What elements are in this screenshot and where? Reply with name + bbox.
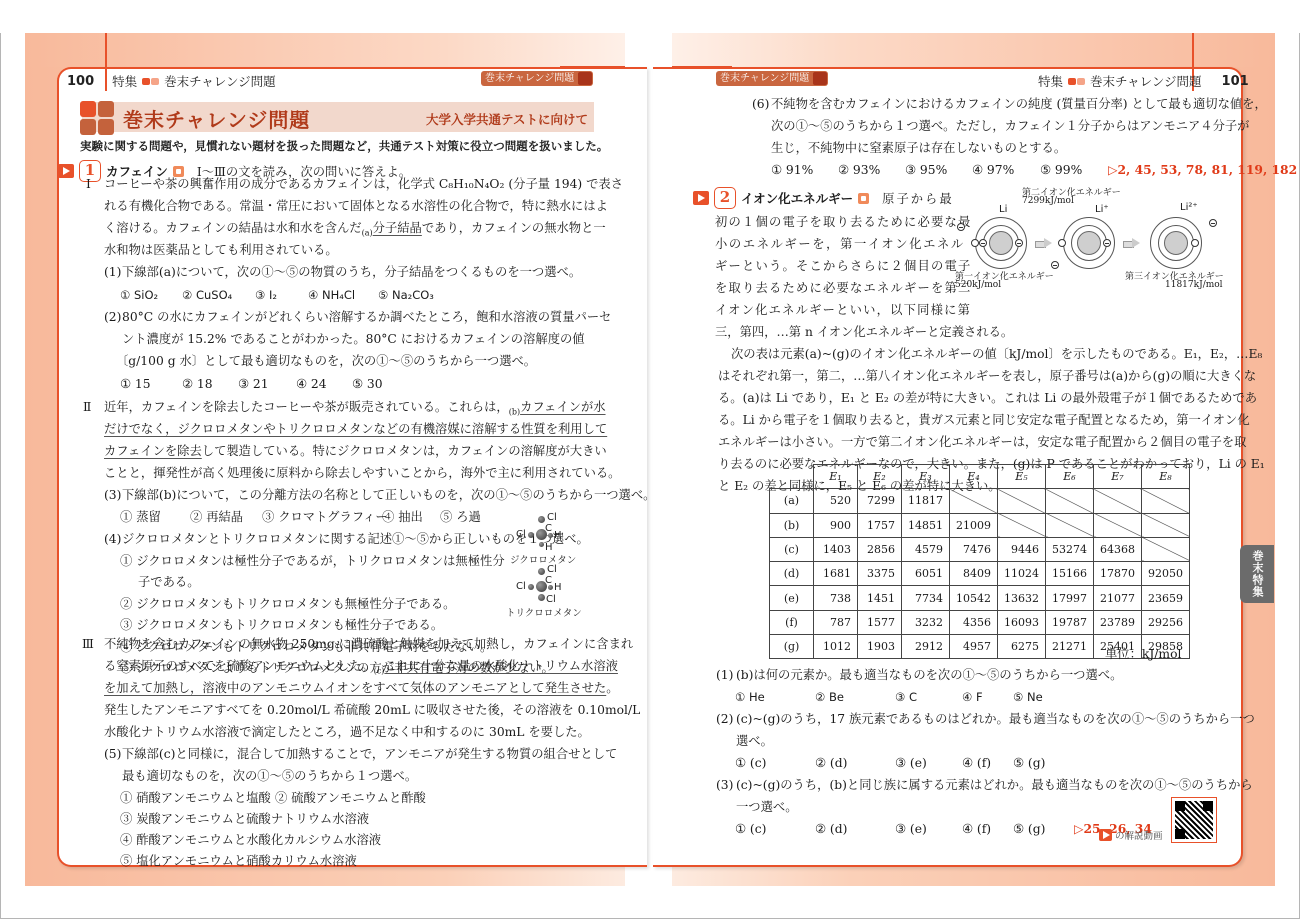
page-number: 101 — [1222, 74, 1249, 89]
choice[interactable]: ③ 21 — [238, 373, 269, 395]
choice-continuation: 子である。 — [138, 571, 200, 593]
atom-icon — [548, 585, 553, 590]
electron-icon — [1051, 261, 1059, 269]
atom-icon — [538, 594, 545, 601]
choice[interactable]: ② 18 — [182, 373, 213, 395]
paragraph-line: はそれぞれ第一，第二，…第八イオン化エネルギーを表し，原子番号は(a)から(g)… — [718, 365, 1256, 387]
choice[interactable]: ② Be — [815, 686, 844, 708]
electron-icon — [1015, 239, 1023, 247]
empty-cell — [1094, 513, 1142, 537]
running-head-title: 巻末チャレンジ問題 — [164, 72, 276, 90]
choice[interactable]: ③ C — [895, 686, 917, 708]
intro-line: 三，第四，…第 n イオン化エネルギーと定義される。 — [715, 321, 1013, 343]
empty-cell — [1046, 513, 1094, 537]
column-header: E₄ — [950, 465, 998, 489]
subq-label: (6) — [752, 93, 769, 115]
atom-icon — [528, 584, 534, 590]
table-cell: 17997 — [1046, 586, 1094, 610]
subq-text: 生じ，不純物中に窒素原子は存在しないものとする。 — [771, 137, 1066, 159]
choice[interactable]: ③ (e) — [895, 818, 927, 840]
line-text: 近年，カフェインを除去したコーヒーや茶が販売されている。これらは， — [104, 400, 509, 414]
video-play-icon — [1099, 829, 1112, 841]
paragraph-line: れる有機化合物である。常温・常圧において固体となる水溶性の化合物で，特に熱水には… — [104, 195, 608, 217]
choice[interactable]: ① ジクロロメタンは極性分子であるが，トリクロロメタンは無極性分 — [120, 550, 505, 572]
intro-line: 原子から最 — [882, 189, 954, 207]
top-margin — [0, 0, 1300, 33]
table-cell: 23789 — [1094, 610, 1142, 634]
row-header: (c) — [770, 537, 814, 561]
q2-header: 2 イオン化エネルギー 原子から最 — [693, 187, 954, 209]
row-header: (a) — [770, 489, 814, 513]
electron-icon — [1209, 219, 1217, 227]
underline-marker: (b) — [509, 407, 520, 416]
page-title: 巻末チャレンジ問題 — [123, 104, 310, 133]
subq-label: (5) — [104, 743, 121, 765]
choice[interactable]: ③ (e) — [895, 752, 927, 774]
table-cell: 23659 — [1142, 586, 1190, 610]
column-header: E₅ — [998, 465, 1046, 489]
tag-square-icon — [813, 72, 827, 85]
table-cell: 17870 — [1094, 562, 1142, 586]
choice[interactable]: ③ 95% — [905, 159, 947, 181]
atom-icon — [538, 568, 545, 575]
paragraph-line: 水和物は医薬品としても利用されている。 — [104, 239, 338, 261]
table-cell: 3232 — [902, 610, 950, 634]
nucleus-icon — [989, 231, 1013, 255]
atom-label: Cl — [516, 529, 526, 540]
atom-label: Cl — [516, 581, 526, 592]
intro-line: 初の１個の電子を取り去るために必要な最 — [715, 211, 971, 233]
running-head-section: 特集 — [112, 72, 137, 90]
right-running-head: 特集 巻末チャレンジ問題 101 — [1038, 72, 1249, 90]
diagram-value: 520kJ/mol — [955, 280, 1001, 290]
underlined-text: 分子結晶 — [373, 221, 422, 235]
table-cell: 53274 — [1046, 537, 1094, 561]
atom-label: H — [554, 530, 562, 541]
reference-links[interactable]: ▷2, 45, 53, 78, 81, 119, 182 — [1108, 159, 1297, 181]
chapter-tag: 巻末チャレンジ問題 — [716, 71, 828, 86]
right-top-band — [672, 33, 1275, 67]
column-header: E₇ — [1094, 465, 1142, 489]
table-cell: 1903 — [858, 635, 902, 659]
choice[interactable]: ① (c) — [735, 752, 766, 774]
line-text: して製造している。特にジクロロメタンは，カフェインの溶解度が大きい — [202, 444, 607, 458]
paragraph-line: エネルギーは小さい。一方で第二イオン化エネルギーは，安定な電子配置から２個目の電… — [718, 431, 1246, 453]
table-cell: 738 — [814, 586, 858, 610]
part-label: Ⅰ — [86, 173, 91, 195]
table-cell: 7299 — [858, 489, 902, 513]
choice[interactable]: ② (d) — [815, 752, 847, 774]
table-header-row: E₁ E₂ E₃ E₄ E₅ E₆ E₇ E₈ — [770, 465, 1190, 489]
choice[interactable]: ⑤ 30 — [352, 373, 383, 395]
diagram-value: 7299kJ/mol — [1022, 196, 1074, 206]
table-cell: 6275 — [998, 635, 1046, 659]
row-header: (d) — [770, 562, 814, 586]
question-title: イオン化エネルギー — [741, 189, 853, 207]
empty-cell — [1094, 489, 1142, 513]
atom-icon — [539, 542, 544, 547]
table-cell: 4579 — [902, 537, 950, 561]
subq-label: (1) — [104, 261, 121, 283]
choice[interactable]: ⑤ Ne — [1013, 686, 1043, 708]
video-explanation-note: の解説動画 — [1099, 828, 1163, 842]
trichloromethane-model: Cl C Cl H Cl トリクロロメタン — [506, 564, 586, 624]
qr-code[interactable] — [1171, 797, 1217, 843]
table-cell: 21077 — [1094, 586, 1142, 610]
table-cell: 19787 — [1046, 610, 1094, 634]
atom-label: Cl — [546, 594, 556, 605]
subq-label: (4) — [104, 528, 121, 550]
table-cell: 520 — [814, 489, 858, 513]
paragraph-line: 次の表は元素(a)~(g)のイオン化エネルギーの値〔kJ/mol〕を示したもので… — [731, 343, 1262, 365]
intro-line: ギーという。そこからさらに２個目の電子 — [715, 255, 971, 277]
empty-cell — [950, 489, 998, 513]
difficulty-icon — [858, 193, 869, 204]
table-unit: 単位：kJ/mol — [1105, 643, 1181, 665]
part-label: Ⅲ — [82, 633, 94, 655]
column-header: E₁ — [814, 465, 858, 489]
empty-cell — [998, 489, 1046, 513]
atom-label: Li — [999, 204, 1007, 215]
subq-text: 〔g/100 g 水〕として最も適切なものを，次の①～⑤のうちから一つ選べ。 — [116, 350, 536, 372]
table-cell: 92050 — [1142, 562, 1190, 586]
atom-icon — [536, 581, 547, 592]
empty-cell — [1142, 537, 1190, 561]
choice[interactable]: ③ 炭酸アンモニウムと硫酸ナトリウム水溶液 — [120, 808, 369, 830]
table-cell: 2856 — [858, 537, 902, 561]
choice[interactable]: ⑤ (g) — [1013, 752, 1045, 774]
video-note-label: の解説動画 — [1115, 828, 1163, 842]
atom-icon — [548, 533, 553, 538]
paragraph-line: ことと，揮発性が高く処理後に原料から除去しやすいことから，海外で主に利用されてい… — [104, 462, 620, 484]
row-header: (g) — [770, 635, 814, 659]
choice[interactable]: ④ 抽出 — [382, 506, 423, 528]
electron-icon — [971, 239, 979, 247]
subq-text: (c)~(g)のうち，(b)と同じ族に属する元素はどれか。最も適当なものを次の①… — [736, 774, 1253, 796]
nucleus-icon — [1164, 231, 1188, 255]
table-cell: 9446 — [998, 537, 1046, 561]
paragraph-line: 発生したアンモニアすべてを 0.20mol/L 希硫酸 20mL に吸収させた後… — [104, 699, 640, 721]
line-text: く溶ける。カフェインの結晶は水和水を含んだ — [104, 221, 362, 235]
table-cell: 900 — [814, 513, 858, 537]
choice[interactable]: ① 蒸留 — [120, 506, 161, 528]
paragraph-line: カフェインを除去して製造している。特にジクロロメタンは，カフェインの溶解度が大き… — [104, 440, 607, 462]
subq-text: 一つ選べ。 — [736, 796, 798, 818]
row-header: (f) — [770, 610, 814, 634]
choice[interactable]: ② ジクロロメタンもトリクロロメタンも無極性分子である。 — [120, 593, 455, 615]
line-text: る窒素原子のすべてを硫酸アンモニウムとした。 — [104, 659, 374, 673]
ionization-diagram: 第二イオン化エネルギー 7299kJ/mol Li Li⁺ Li²⁺ 第一イオン… — [955, 185, 1225, 293]
choice[interactable]: ② 93% — [838, 159, 880, 181]
empty-cell — [1046, 489, 1094, 513]
table-cell: 16093 — [998, 610, 1046, 634]
table-row: (b) 900 1757 14851 21009 — [770, 513, 1190, 537]
table-cell: 64368 — [1094, 537, 1142, 561]
arrow-right-icon — [1035, 238, 1053, 248]
subq-label: (2) — [716, 708, 733, 730]
table-cell: 15166 — [1046, 562, 1094, 586]
column-header: E₆ — [1046, 465, 1094, 489]
choice[interactable]: ② (d) — [815, 818, 847, 840]
choice[interactable]: ④ F — [962, 686, 983, 708]
side-index-tab[interactable]: 巻末特集 — [1240, 545, 1274, 603]
molecule-name: トリクロロメタン — [506, 605, 582, 619]
subq-text: 下線部(b)について，この分離方法の名称として正しいものを，次の①～⑤のうちから… — [122, 484, 655, 506]
table-cell: 4957 — [950, 635, 998, 659]
choice[interactable]: ④ (f) — [962, 752, 991, 774]
question-number: 2 — [714, 187, 736, 209]
column-header: E₂ — [858, 465, 902, 489]
dots-icon — [1068, 78, 1085, 85]
table-cell: 1681 — [814, 562, 858, 586]
table-cell: 1451 — [858, 586, 902, 610]
choice[interactable]: ③ クロマトグラフィー — [262, 506, 388, 528]
subq-text: (b)は何の元素か。最も適当なものを次の①～⑤のうちから一つ選べ。 — [736, 664, 1122, 686]
intro-line: を取り去るために必要なエネルギーを第二 — [715, 277, 971, 299]
electron-icon — [1191, 239, 1199, 247]
row-header: (b) — [770, 513, 814, 537]
choice[interactable]: ① He — [735, 686, 765, 708]
table-cell: 21009 — [950, 513, 998, 537]
choice[interactable]: ⑤ 99% — [1040, 159, 1082, 181]
table-row: (a) 520 7299 11817 — [770, 489, 1190, 513]
choice[interactable]: ④ (f) — [962, 818, 991, 840]
subq-label: (1) — [716, 664, 733, 686]
table-cell: 1403 — [814, 537, 858, 561]
left-top-band — [25, 33, 625, 67]
table-cell: 21271 — [1046, 635, 1094, 659]
video-play-icon[interactable] — [693, 191, 709, 205]
intro-line: イオン化エネルギーといい，以下同様に第 — [715, 299, 971, 321]
paragraph-line: 水酸化ナトリウム水溶液で滴定したところ，過不足なく中和するのに 30mL を要し… — [104, 721, 590, 743]
subq-label: (2) — [104, 306, 121, 328]
electron-icon — [1103, 239, 1111, 247]
diagram-value: 11817kJ/mol — [1165, 280, 1223, 290]
column-header: E₈ — [1142, 465, 1190, 489]
page-number: 100 — [67, 74, 94, 89]
tag-square-icon — [578, 72, 592, 85]
subq-label: (3) — [104, 484, 121, 506]
subq-text: 下線部(a)について，次の①～⑤の物質のうち，分子結晶をつくるものを一つ選べ。 — [122, 261, 581, 283]
row-header: (e) — [770, 586, 814, 610]
arrow-right-icon — [1123, 238, 1141, 248]
subq-text: 選べ。 — [736, 730, 773, 752]
empty-cell — [1142, 513, 1190, 537]
paragraph-line: る。Li から電子を１個取り去ると，貴ガス元素と同じ安定な電子配置となるため，第… — [718, 409, 1250, 431]
table-row: (f) 787 1577 3232 4356 16093 19787 23789… — [770, 610, 1190, 634]
chapter-tag: 巻末チャレンジ問題 — [481, 71, 593, 86]
choice[interactable]: ④ 酢酸アンモニウムと水酸化カルシウム水溶液 — [120, 829, 381, 851]
table-cell: 13632 — [998, 586, 1046, 610]
line-text: であり，カフェインの無水物と一 — [422, 221, 606, 235]
table-cell: 1577 — [858, 610, 902, 634]
left-running-head: 100 特集 巻末チャレンジ問題 — [67, 72, 276, 90]
subq-text: (c)~(g)のうち，17 族元素であるものはどれか。最も適当なものを次の①～⑤… — [736, 708, 1255, 730]
table-corner — [770, 465, 814, 489]
atom-icon — [536, 529, 547, 540]
choice[interactable]: ② 硫酸アンモニウムと酢酸 — [275, 787, 426, 809]
atom-icon — [528, 532, 534, 538]
running-head-title: 巻末チャレンジ問題 — [1090, 72, 1202, 90]
choice[interactable]: ① 91% — [771, 159, 813, 181]
electron-icon — [1058, 239, 1066, 247]
paragraph-line: る。(a)は Li であり，E₁ と E₂ の差が特に大きい。これは Li の最… — [718, 387, 1257, 409]
empty-cell — [998, 513, 1046, 537]
table-row: (c) 1403 2856 4579 7476 9446 53274 64368 — [770, 537, 1190, 561]
page-subtitle: 大学入学共通テストに向けて — [426, 110, 588, 128]
table-cell: 787 — [814, 610, 858, 634]
underlined-text: カフェインが水 — [520, 400, 605, 414]
choice[interactable]: ④ 97% — [972, 159, 1014, 181]
table-cell: 6051 — [902, 562, 950, 586]
table-row: (d) 1681 3375 6051 8409 11024 15166 1787… — [770, 562, 1190, 586]
atom-label: Cl — [547, 564, 557, 575]
underlined-text: これに十分な量の水酸化ナトリウム水溶液 — [384, 659, 618, 673]
table-cell: 1012 — [814, 635, 858, 659]
video-play-icon[interactable] — [58, 164, 74, 178]
table-cell: 10542 — [950, 586, 998, 610]
intro-text: 実験に関する問題や，見慣れない題材を扱った問題など，共通テスト対策に役立つ問題を… — [80, 138, 608, 154]
paragraph-line: コーヒーや茶の興奮作用の成分であるカフェインは，化学式 C₈H₁₀N₄O₂ (分… — [104, 173, 623, 195]
column-header: E₃ — [902, 465, 950, 489]
subq-text: 次の①～⑤のうちから１つ選べ。ただし，カフェイン１分子からはアンモニア４分子が — [771, 115, 1249, 137]
subq-text: ント濃度が 15.2% であることがわかった。80°C におけるカフェインの溶解… — [122, 328, 585, 350]
dichloromethane-model: Cl C Cl H H ジクロロメタン — [506, 512, 586, 572]
choice[interactable]: ① 15 — [120, 373, 151, 395]
table-cell: 8409 — [950, 562, 998, 586]
empty-cell — [1142, 489, 1190, 513]
atom-label: Cl — [547, 512, 557, 523]
electron-icon — [979, 239, 987, 247]
dots-icon — [142, 78, 159, 85]
underlined-text: カフェインを除去 — [104, 444, 202, 458]
underline-marker: (a) — [362, 228, 373, 237]
atom-label: Li²⁺ — [1180, 202, 1198, 213]
choice[interactable]: ② CuSO₄ — [182, 284, 232, 306]
part-label: Ⅱ — [83, 396, 91, 418]
table-cell: 14851 — [902, 513, 950, 537]
subq-text: 80°C の水にカフェインがどれくらい溶解するか調べたところ，飽和水溶液の質量パ… — [122, 306, 611, 328]
subq-text: 不純物を含むカフェインにおけるカフェインの純度 (質量百分率) として最も適切な… — [771, 93, 1267, 115]
paragraph-line: 不純物を含むカフェインの無水物 250mg に濃硫酸と触媒を加えて加熱し，カフェ… — [104, 633, 633, 655]
chapter-tag-label: 巻末チャレンジ問題 — [720, 71, 809, 86]
table-cell: 3375 — [858, 562, 902, 586]
choice[interactable]: ② 再結晶 — [190, 506, 243, 528]
choice[interactable]: ⑤ ろ過 — [440, 506, 481, 528]
subq-text: 最も適切なものを，次の①～⑤のうちから１つ選べ。 — [122, 765, 417, 787]
running-head-section: 特集 — [1038, 72, 1063, 90]
table-cell: 7476 — [950, 537, 998, 561]
choice[interactable]: ① 硝酸アンモニウムと塩酸 — [120, 787, 271, 809]
intro-line: 小のエネルギーを，第一イオン化エネル — [715, 233, 965, 255]
underline-marker: (c) — [374, 666, 385, 675]
table-cell: 29256 — [1142, 610, 1190, 634]
table-cell: 11817 — [902, 489, 950, 513]
underlined-text: を加えて加熱し，溶液中のアンモニウムイオンをすべて気体のアンモニアとして発生させ… — [104, 681, 606, 695]
choice[interactable]: ⑤ 塩化アンモニウムと硝酸カリウム水溶液 — [120, 850, 357, 872]
chapter-tag-label: 巻末チャレンジ問題 — [485, 71, 574, 86]
underlined-line: だけでなく，ジクロロメタンやトリクロロメタンなどの有機溶媒に溶解する性質を利用し… — [104, 418, 607, 440]
atom-label: Li⁺ — [1095, 204, 1109, 215]
atom-label: H — [554, 582, 562, 593]
title-squares-icon — [80, 101, 114, 135]
subq-label: (3) — [716, 774, 733, 796]
choice[interactable]: ① (c) — [735, 818, 766, 840]
paragraph-line: を加えて加熱し，溶液中のアンモニウムイオンをすべて気体のアンモニアとして発生させ… — [104, 677, 619, 699]
line-text: 。 — [606, 681, 618, 695]
table-row: (e) 738 1451 7734 10542 13632 17997 2107… — [770, 586, 1190, 610]
electron-icon — [957, 223, 965, 231]
qr-pattern-icon — [1175, 801, 1213, 839]
table-cell: 2912 — [902, 635, 950, 659]
choice[interactable]: ⑤ Na₂CO₃ — [378, 284, 434, 306]
choice[interactable]: ③ I₂ — [255, 284, 277, 306]
table-cell: 11024 — [998, 562, 1046, 586]
choice[interactable]: ④ 24 — [296, 373, 327, 395]
nucleus-icon — [1077, 231, 1101, 255]
ionization-energy-table: E₁ E₂ E₃ E₄ E₅ E₆ E₇ E₈ (a) 520 7299 118… — [769, 464, 1190, 659]
subq-text: 下線部(c)と同様に，混合して加熱することで，アンモニアが発生する物質の組合せと… — [122, 743, 617, 765]
table-cell: 1757 — [858, 513, 902, 537]
table-cell: 4356 — [950, 610, 998, 634]
atom-icon — [538, 516, 545, 523]
choice[interactable]: ⑤ (g) — [1013, 818, 1045, 840]
table-cell: 7734 — [902, 586, 950, 610]
choice[interactable]: ④ NH₄Cl — [308, 284, 355, 306]
choice[interactable]: ① SiO₂ — [120, 284, 158, 306]
